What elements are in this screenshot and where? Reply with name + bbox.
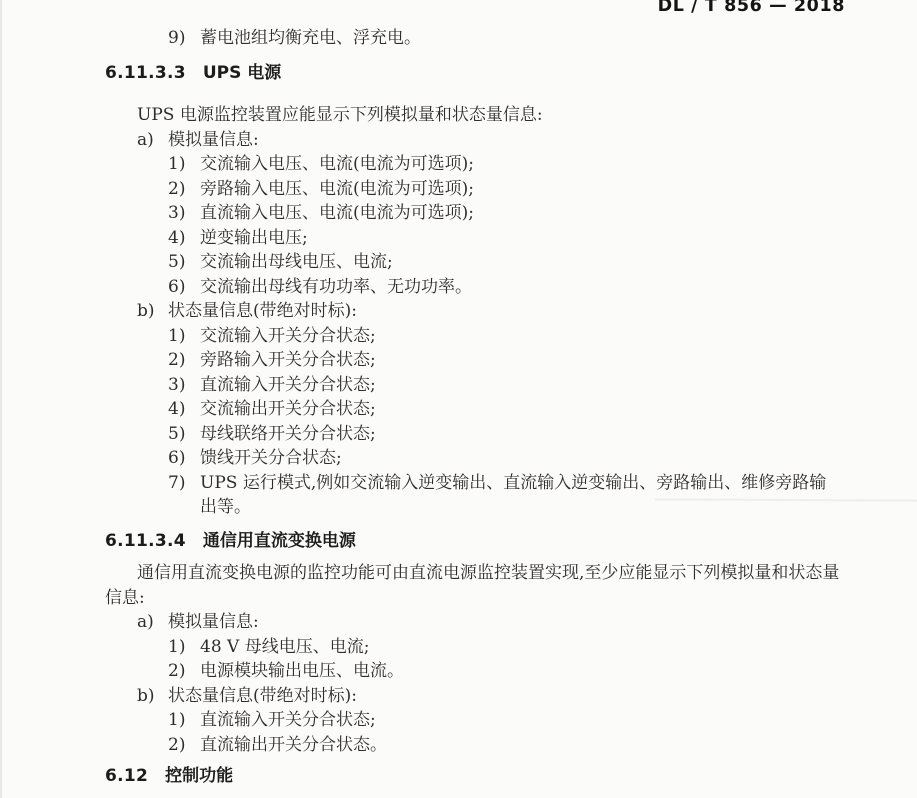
list-item-text: 蓄电池组均衡充电、浮充电。 <box>200 26 917 51</box>
section-title: 控制功能 <box>165 766 233 786</box>
section-number: 6.12 <box>105 764 148 789</box>
list-item-text: 旁路输入开关分合状态; <box>200 348 917 373</box>
list-item-number: 1) <box>168 324 200 349</box>
list-item-number: 2) <box>168 733 200 758</box>
list-item-text: 状态量信息(带绝对时标): <box>168 299 917 324</box>
section-number: 6.11.3.3 <box>105 61 186 86</box>
list-item-text: 母线联络开关分合状态; <box>200 422 917 447</box>
list-item-text-line: UPS 运行模式,例如交流输入逆变输出、直流输入逆变输出、旁路输出、维修旁路输 <box>200 471 917 496</box>
list-item-text: 馈线开关分合状态; <box>200 446 917 471</box>
list-item-number: 2) <box>168 659 200 684</box>
list-item: 2) 旁路输入开关分合状态; <box>168 348 917 373</box>
list-item-number: 7) <box>168 471 200 496</box>
list-item-number: 9) <box>168 26 200 51</box>
list-item-text: 48 V 母线电压、电流; <box>200 635 917 660</box>
list-item-text: 直流输入开关分合状态; <box>200 373 917 398</box>
list-item-number: 6) <box>168 275 200 300</box>
list-item-text: 交流输出母线有功功率、无功功率。 <box>200 275 917 300</box>
list-item: 3) 直流输入开关分合状态; <box>168 373 917 398</box>
list-item-lettered: b) 状态量信息(带绝对时标): <box>137 299 917 324</box>
paragraph-line: 通信用直流变换电源的监控功能可由直流电源监控装置实现,至少应能显示下列模拟量和状… <box>105 561 917 586</box>
list-item: 4) 逆变输出电压; <box>168 226 917 251</box>
paragraph-line: 信息: <box>105 586 917 611</box>
section-title: 通信用直流变换电源 <box>203 531 356 551</box>
document-page: DL / T 856 — 2018 9) 蓄电池组均衡充电、浮充电。 6.11.… <box>0 0 917 798</box>
section-number: 6.11.3.4 <box>105 529 186 554</box>
section-heading-dcdc: 6.11.3.4 通信用直流变换电源 <box>105 529 917 554</box>
list-item-text: 旁路输入电压、电流(电流为可选项); <box>200 177 917 202</box>
list-item: 1) 48 V 母线电压、电流; <box>168 635 917 660</box>
list-item-text: 直流输入电压、电流(电流为可选项); <box>200 201 917 226</box>
list-item: 2) 直流输出开关分合状态。 <box>168 733 917 758</box>
list-item-number: 6) <box>168 446 200 471</box>
list-item: 1) 交流输入开关分合状态; <box>168 324 917 349</box>
list-item-number: 3) <box>168 201 200 226</box>
list-item: 6) 馈线开关分合状态; <box>168 446 917 471</box>
list-item-number: 2) <box>168 177 200 202</box>
list-item-text: 交流输出开关分合状态; <box>200 397 917 422</box>
list-item-text: 交流输入电压、电流(电流为可选项); <box>200 152 917 177</box>
section-title: UPS 电源 <box>203 63 281 83</box>
list-item: 2) 旁路输入电压、电流(电流为可选项); <box>168 177 917 202</box>
list-item: 5) 交流输出母线电压、电流; <box>168 250 917 275</box>
list-item-lettered: a) 模拟量信息: <box>137 128 917 153</box>
list-item: 6) 交流输出母线有功功率、无功功率。 <box>168 275 917 300</box>
list-item-text: 交流输出母线电压、电流; <box>200 250 917 275</box>
list-item-number: 1) <box>168 708 200 733</box>
list-item: 1) 交流输入电压、电流(电流为可选项); <box>168 152 917 177</box>
list-item-number: 1) <box>168 635 200 660</box>
section-heading-control: 6.12 控制功能 <box>105 764 917 789</box>
list-item: 7) UPS 运行模式,例如交流输入逆变输出、直流输入逆变输出、旁路输出、维修旁… <box>168 471 917 520</box>
list-item-number: 5) <box>168 250 200 275</box>
list-item-lettered: a) 模拟量信息: <box>137 610 917 635</box>
list-item: 4) 交流输出开关分合状态; <box>168 397 917 422</box>
paragraph-line: UPS 电源监控装置应能显示下列模拟量和状态量信息: <box>105 103 917 128</box>
list-item-text: 交流输入开关分合状态; <box>200 324 917 349</box>
paragraph-dcdc-intro: 通信用直流变换电源的监控功能可由直流电源监控装置实现,至少应能显示下列模拟量和状… <box>105 561 917 610</box>
list-item-text: 电源模块输出电压、电流。 <box>200 659 917 684</box>
list-item-number: 3) <box>168 373 200 398</box>
list-item: 1) 直流输入开关分合状态; <box>168 708 917 733</box>
list-item-number: 4) <box>168 397 200 422</box>
list-item-text: UPS 运行模式,例如交流输入逆变输出、直流输入逆变输出、旁路输出、维修旁路输 … <box>200 471 917 520</box>
list-item: 3) 直流输入电压、电流(电流为可选项); <box>168 201 917 226</box>
list-item-text: 模拟量信息: <box>168 128 917 153</box>
list-item-text: 模拟量信息: <box>168 610 917 635</box>
list-item-number: 2) <box>168 348 200 373</box>
list-item-lettered: b) 状态量信息(带绝对时标): <box>137 684 917 709</box>
list-item-number: 1) <box>168 152 200 177</box>
list-item-text: 逆变输出电压; <box>200 226 917 251</box>
list-item: 5) 母线联络开关分合状态; <box>168 422 917 447</box>
list-item-text: 直流输出开关分合状态。 <box>200 733 917 758</box>
paragraph-ups-intro: UPS 电源监控装置应能显示下列模拟量和状态量信息: <box>105 103 917 128</box>
list-item-number: 5) <box>168 422 200 447</box>
page-left-edge <box>0 0 2 798</box>
list-item-text: 状态量信息(带绝对时标): <box>168 684 917 709</box>
list-item-number: 4) <box>168 226 200 251</box>
document-content: 9) 蓄电池组均衡充电、浮充电。 6.11.3.3 UPS 电源 UPS 电源监… <box>0 0 917 789</box>
list-item-letter: b) <box>137 684 168 709</box>
section-heading-ups: 6.11.3.3 UPS 电源 <box>105 61 917 86</box>
list-item-letter: a) <box>137 128 168 153</box>
list-item-letter: a) <box>137 610 168 635</box>
doc-number-header: DL / T 856 — 2018 <box>658 0 845 19</box>
list-item-text: 直流输入开关分合状态; <box>200 708 917 733</box>
list-item: 2) 电源模块输出电压、电流。 <box>168 659 917 684</box>
list-item-letter: b) <box>137 299 168 324</box>
list-item: 9) 蓄电池组均衡充电、浮充电。 <box>168 26 917 51</box>
